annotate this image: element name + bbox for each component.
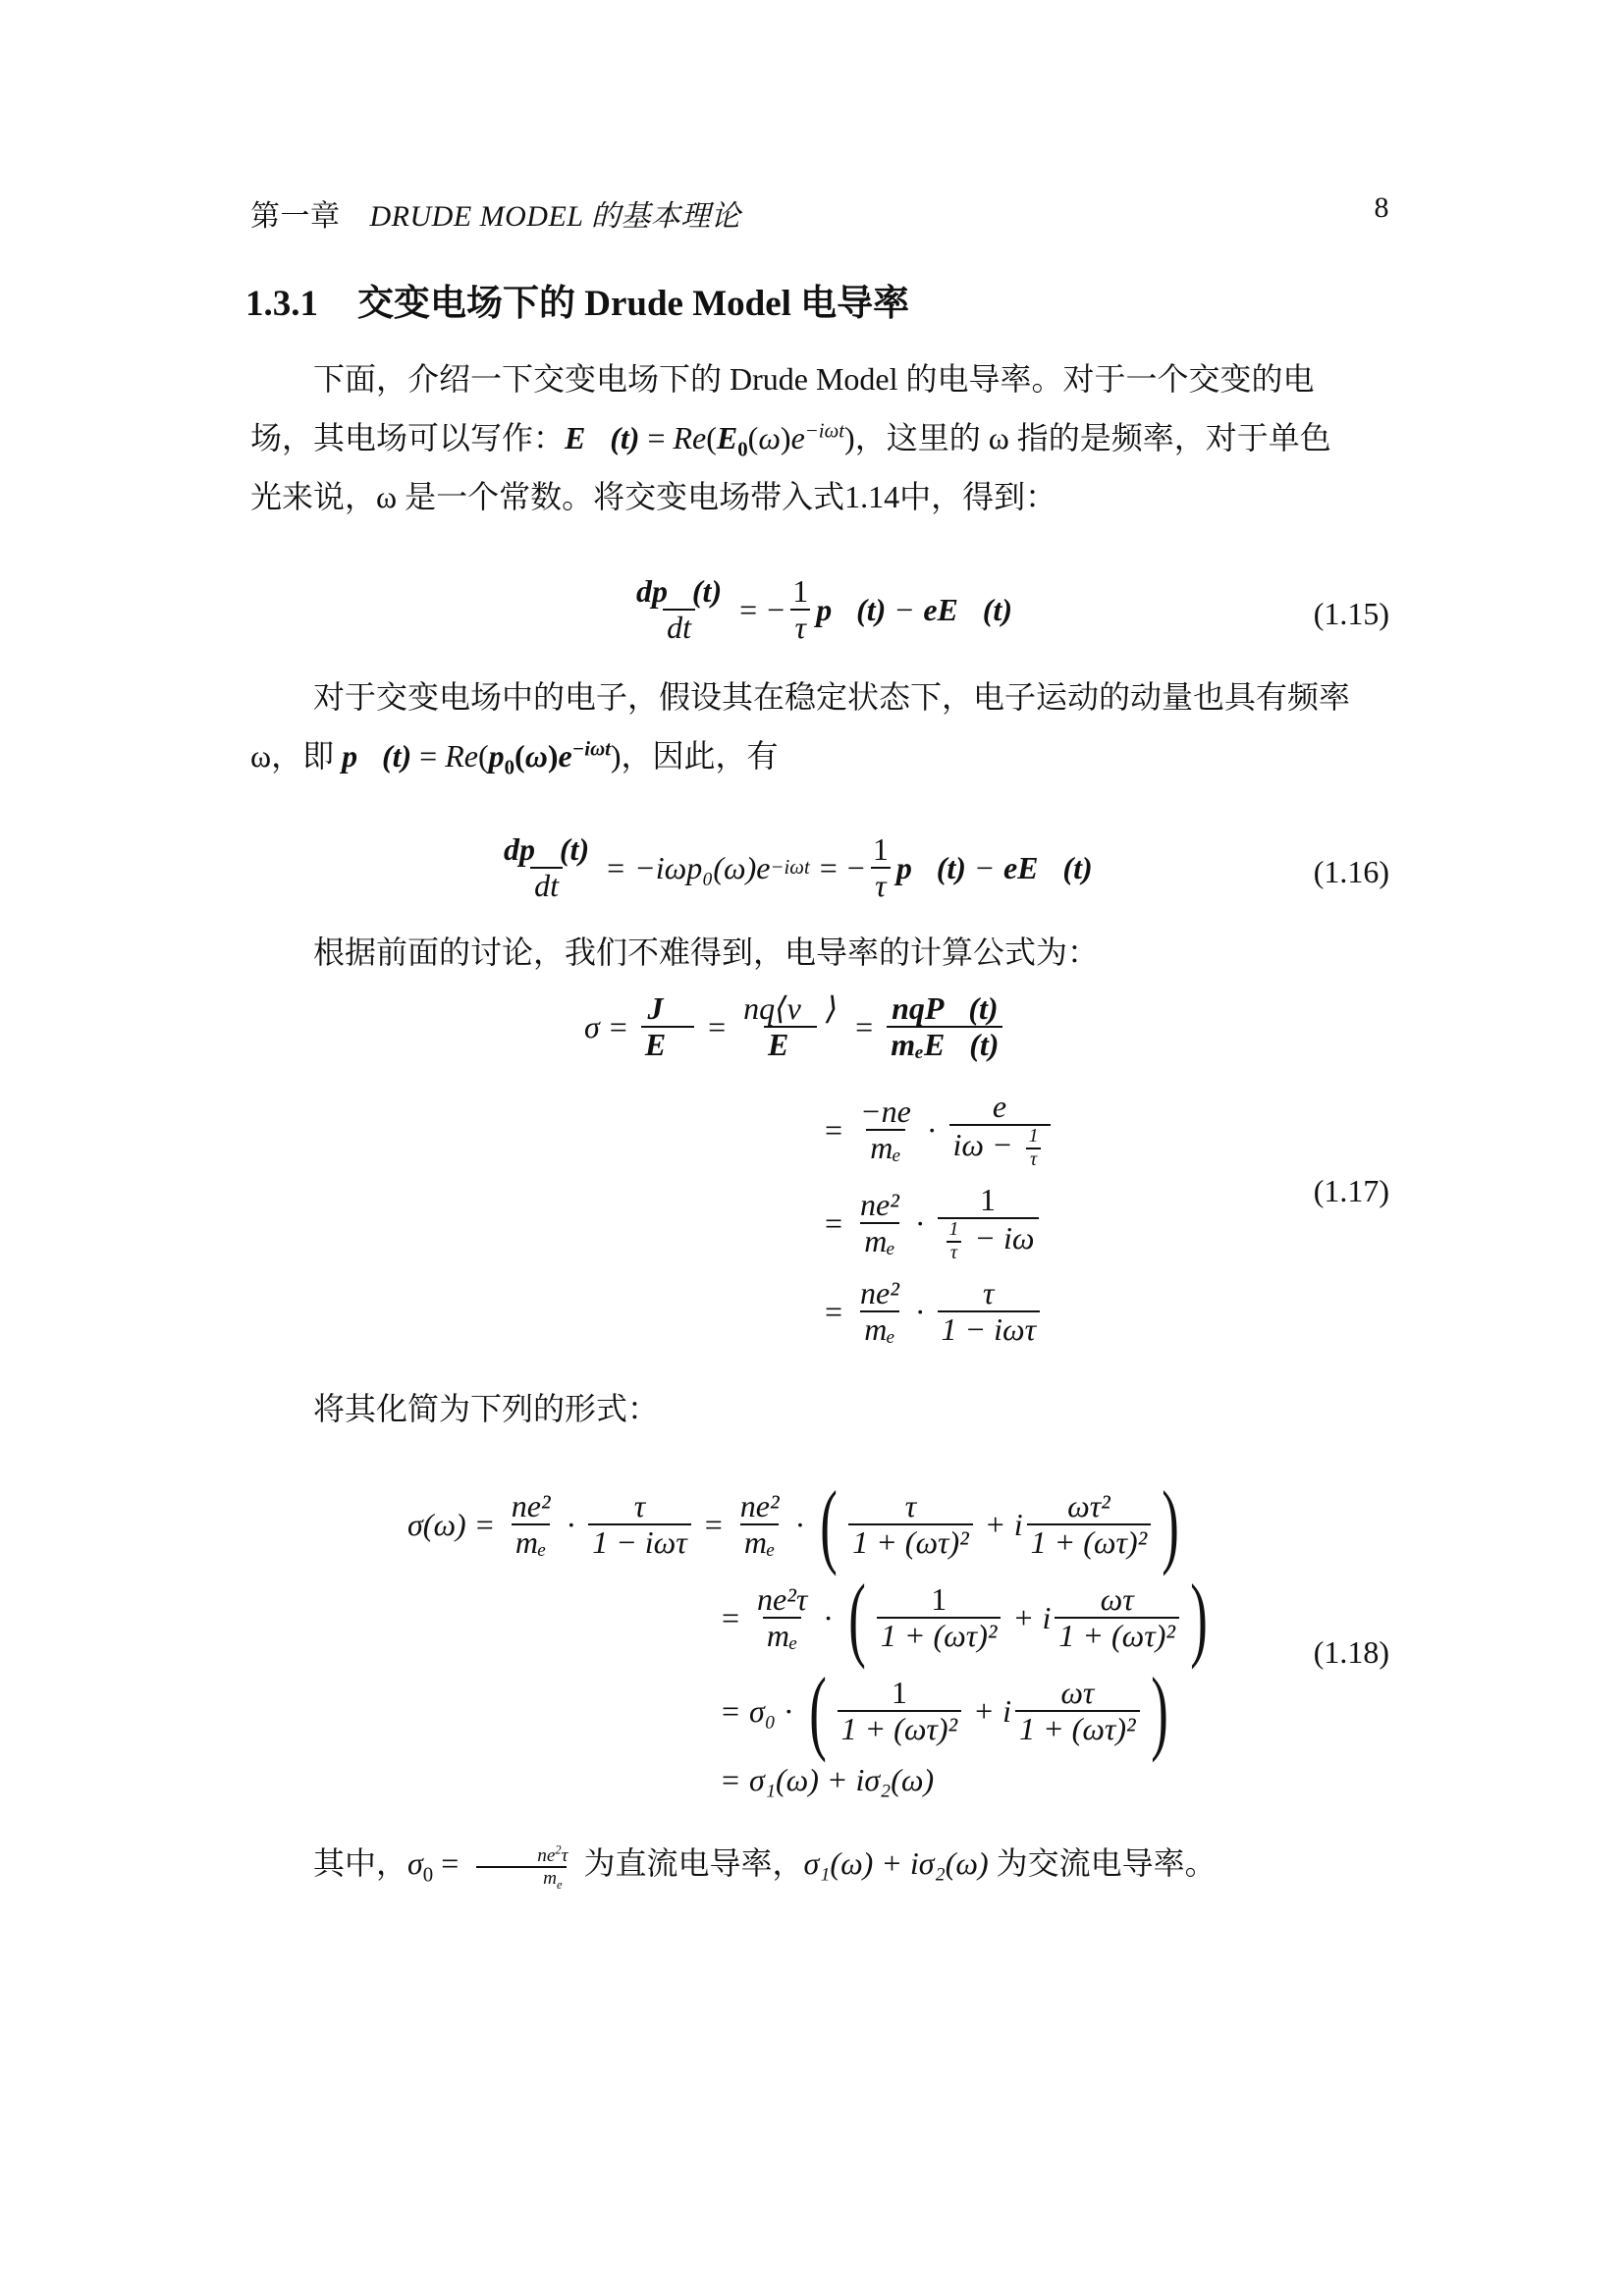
equation-body: dp⃗(t)dt =−iωp₀(ω)e−iωt =− 1τ p⃗(t)−eE⃗(… [496,832,1093,903]
equation-1-15: dp⃗(t)dt =− 1τ p⃗(t)−eE⃗(t) (1.15) [250,574,1389,663]
equation-number: (1.16) [1314,854,1389,890]
equation-line: = ne²mₑ · 11τ − iω [815,1183,1043,1264]
equation-line: = ne²τmₑ · ( 11 + (ωτ)² +i ωτ1 + (ωτ)² ) [712,1571,1215,1665]
equation-number: (1.15) [1314,596,1389,632]
equation-1-17: σ= J⃗E⃗ = nq⟨v⃗⟩E⃗ = nqP⃗(t)mₑE⃗(t) = −n… [250,991,1389,1364]
equation-line: σ= J⃗E⃗ = nq⟨v⃗⟩E⃗ = nqP⃗(t)mₑE⃗(t) [584,991,1006,1062]
equation-line: = ne²mₑ · τ1 − iωτ [815,1276,1044,1347]
section-number: 1.3.1 [245,284,318,324]
document-page: 第一章DRUDE MODEL 的基本理论 8 1.3.1交变电场下的 Drude… [0,0,1624,2296]
paragraph-line: 对于交变电场中的电子，假设其在稳定状态下，电子运动的动量也具有频率 [250,667,1389,726]
equation-1-16: dp⃗(t)dt =−iωp₀(ω)e−iωt =− 1τ p⃗(t)−eE⃗(… [250,832,1389,921]
equation-body: dp⃗(t)dt =− 1τ p⃗(t)−eE⃗(t) [628,574,1012,645]
paragraph-line: 其中，σ0 = ne2τme 为直流电导率，σ₁(ω) + iσ₂(ω) 为交流… [250,1834,1389,1893]
page-number: 8 [1375,191,1390,235]
paragraph-line: 光来说，ω 是一个常数。将交变电场带入式1.14中，得到： [250,467,1389,526]
paragraph-line: 下面，介绍一下交变电场下的 Drude Model 的电导率。对于一个交变的电 [250,349,1389,408]
equation-line: = −nemₑ · eiω − 1τ [815,1090,1055,1171]
paragraph-line: ω，即 p⃗(t) = Re(p0(ω)e−iωt)，因此，有 [250,726,1389,785]
equation-line: =σ₀ · ( 11 + (ωτ)² +i ωτ1 + (ωτ)² ) [712,1664,1175,1758]
equation-line: σ(ω)= ne²mₑ · τ1 − iωτ = ne²mₑ · ( τ1 + … [407,1477,1186,1572]
equation-number: (1.17) [1314,1173,1389,1209]
running-head: 第一章DRUDE MODEL 的基本理论 8 [250,191,1389,235]
equation-1-18: σ(ω)= ne²mₑ · τ1 − iωτ = ne²mₑ · ( τ1 + … [250,1477,1389,1811]
paragraph-line: 场，其电场可以写作：E⃗(t) = Re(E0(ω)e−iωt)，这里的 ω 指… [250,408,1389,467]
equation-line: =σ₁(ω) + iσ₂(ω) [712,1762,934,1798]
section-title: 交变电场下的 Drude Model 电导率 [357,284,909,324]
running-head-title: 第一章DRUDE MODEL 的基本理论 [250,191,740,235]
paragraph-line: 根据前面的讨论，我们不难得到，电导率的计算公式为： [250,923,1389,982]
paragraph-line: 将其化简为下列的形式： [250,1379,1389,1438]
section-heading: 1.3.1交变电场下的 Drude Model 电导率 [245,273,909,326]
equation-number: (1.18) [1314,1634,1389,1671]
